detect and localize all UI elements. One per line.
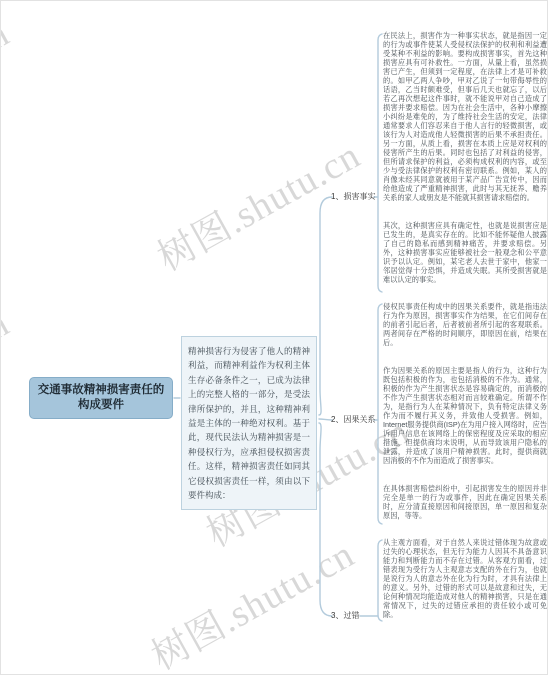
detail-paragraph: 在民法上，损害作为一种事实状态，就是指因一定的行为或事件使某人受侵权法保护的权利… [383, 31, 547, 202]
mindmap-canvas: 树图.shutu.cn 树图.shutu.cn 树图.shutu.cn 树图.s… [0, 0, 548, 675]
detail-paragraph: 在具体损害赔偿纠纷中，引起损害发生的原因并非完全是单一的行为或事件，因此在确定因… [383, 484, 547, 520]
detail-paragraph: 作为因果关系的原因主要是指人的行为，这种行为既包括积极的作为，也包括消极的不作为… [383, 366, 547, 465]
branch-label-fault[interactable]: 3、过错 [331, 610, 359, 622]
detail-paragraph: 从主观方面看，对于自然人来说过错体现为故意或过失的心理状态，但无行为能力人因其不… [383, 538, 547, 619]
edge-branch-3 [319, 423, 332, 616]
root-topic[interactable]: 交通事故精神损害责任的构成要件 [29, 377, 173, 419]
detail-paragraph: 侵权民事责任构成中的因果关系要件，就是指违法行为作为原因，损害事实作为结果，在它… [383, 302, 547, 347]
bracket-detail-2 [378, 304, 382, 524]
branch-label-damage-fact[interactable]: 1、损害事实 [331, 191, 375, 203]
detail-damage-fact[interactable]: 在民法上，损害作为一种事实状态，就是指因一定的行为或事件使某人受侵权法保护的权利… [383, 31, 547, 284]
edge-branch-1 [319, 197, 332, 415]
bracket-detail-1 [378, 34, 382, 292]
detail-fault[interactable]: 从主观方面看，对于自然人来说过错体现为故意或过失的心理状态，但无行为能力人因其不… [383, 538, 547, 619]
detail-paragraph: 其次，这种损害应具有确定性，也就是说损害应是已发生的，是真实存在的。比如不能怀疑… [383, 221, 547, 284]
summary-note[interactable]: 精神损害行为侵害了他人的精神利益，而精神利益作为权利主体生存必备条件之一，已成为… [181, 336, 317, 510]
bracket-detail-3 [378, 540, 382, 621]
branch-label-causation[interactable]: 2、因果关系 [331, 414, 375, 426]
detail-causation[interactable]: 侵权民事责任构成中的因果关系要件，就是指违法行为作为原因，损害事实作为结果，在它… [383, 302, 547, 520]
